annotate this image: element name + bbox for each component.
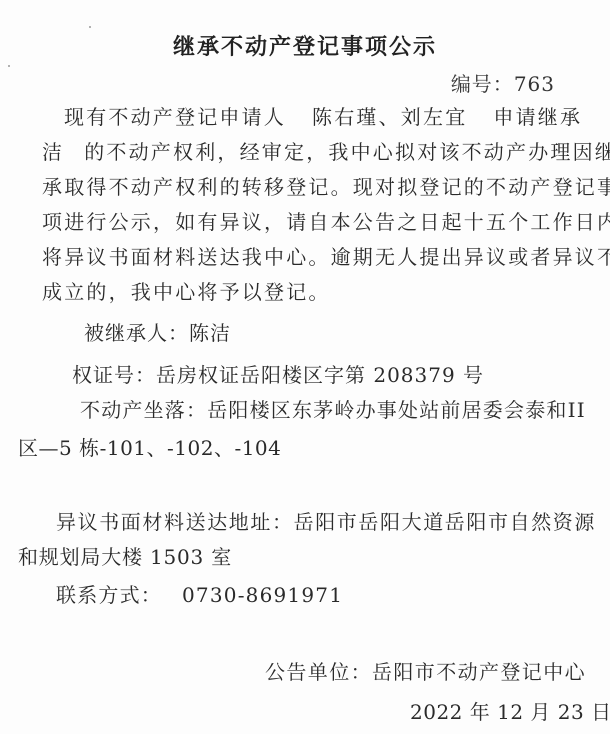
certificate-value: 岳房权证岳阳楼区字第 208379 号 <box>156 363 484 387</box>
document-number-value: 763 <box>514 72 555 96</box>
contact-label: 联系方式： <box>56 583 162 607</box>
location-value-line1: 岳阳楼区东茅岭办事处站前居委会泰和II <box>207 398 586 422</box>
body-text: 现有不动产登记申请人 <box>64 105 286 129</box>
objection-address-label: 异议书面材料送达地址： <box>56 510 294 534</box>
objection-address-row-continued: 和规划局大楼 1503 室 <box>18 545 232 569</box>
document-number: 编号：763 <box>451 68 555 97</box>
objection-address-value: 岳阳市岳阳大道岳阳市自然资源 <box>294 510 596 534</box>
document-title: 继承不动产登记事项公示 <box>0 30 610 61</box>
body-line-3: 承取得不动产权利的转移登记。现对拟登记的不动产登记事 <box>42 175 610 199</box>
body-line-4: 项进行公示，如有异议，请自本公告之日起十五个工作日内 <box>42 210 610 234</box>
decedent-row: 被继承人：陈洁 <box>84 321 231 345</box>
document-page: 继承不动产登记事项公示 编号：763 现有不动产登记申请人陈右瑾、刘左宜申请继承… <box>0 0 610 734</box>
location-row: 不动产坐落：岳阳楼区东茅岭办事处站前居委会泰和II <box>80 398 586 422</box>
body-text: 的不动产权利，经审定，我中心拟对该不动产办理因继 <box>84 140 610 164</box>
certificate-row: 权证号：岳房权证岳阳楼区字第 208379 号 <box>72 363 484 387</box>
contact-row: 联系方式：0730-8691971 <box>56 583 343 607</box>
location-label: 不动产坐落： <box>80 398 207 422</box>
body-text: 申请继承 <box>493 105 582 129</box>
decedent-value: 陈洁 <box>189 321 231 345</box>
objection-address-row: 异议书面材料送达地址：岳阳市岳阳大道岳阳市自然资源 <box>56 510 596 534</box>
decedent-name-part: 洁 <box>42 140 64 164</box>
body-line-1: 现有不动产登记申请人陈右瑾、刘左宜申请继承陈 <box>64 105 610 129</box>
issuer-row: 公告单位：岳阳市不动产登记中心 <box>265 660 586 684</box>
document-number-label: 编号： <box>451 72 514 96</box>
decedent-label: 被继承人： <box>84 321 189 345</box>
issuer-label: 公告单位： <box>265 660 372 684</box>
issuer-value: 岳阳市不动产登记中心 <box>372 660 586 684</box>
scan-speck <box>89 26 91 28</box>
body-line-6: 成立的，我中心将予以登记。 <box>42 280 331 304</box>
issue-date: 2022 年 12 月 23 日 <box>410 700 610 724</box>
location-row-continued: 区—5 栋-101、-102、-104 <box>18 436 281 460</box>
body-line-2: 洁的不动产权利，经审定，我中心拟对该不动产办理因继 <box>42 140 610 164</box>
applicants: 陈右瑾、刘左宜 <box>312 105 467 129</box>
contact-value: 0730-8691971 <box>182 583 343 607</box>
scan-speck <box>8 65 10 67</box>
body-line-5: 将异议书面材料送达我中心。逾期无人提出异议或者异议不 <box>42 245 610 269</box>
certificate-label: 权证号： <box>72 363 156 387</box>
